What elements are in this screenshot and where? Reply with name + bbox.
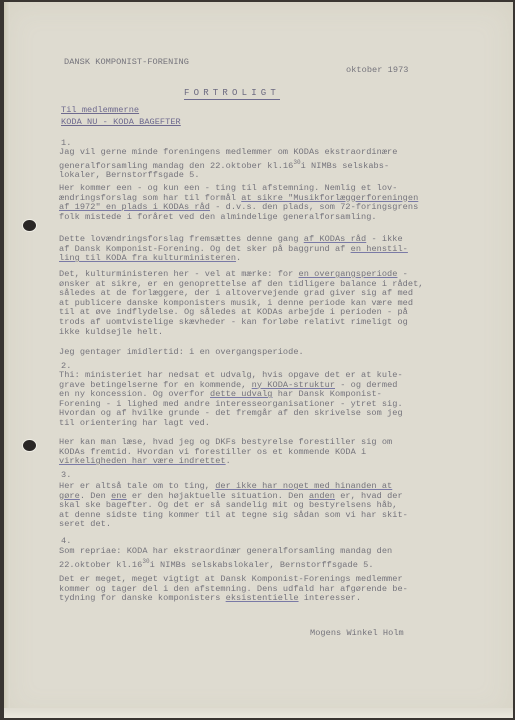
paragraph: Her kan man læse, hvad jeg og DKFs besty… — [59, 438, 392, 467]
section-number: 3. — [61, 471, 71, 481]
paragraph: Her kommer een - og kun een - ting til a… — [59, 184, 418, 222]
document-page: DANSK KOMPONIST-FORENING oktober 1973 FO… — [4, 2, 513, 718]
page-edge — [4, 2, 10, 718]
paragraph: Jeg gentager imidlertid: i en overgangsp… — [59, 348, 304, 358]
page-bottom-edge — [4, 708, 513, 718]
paragraph: Som repriae: KODA har ekstraordinær gene… — [59, 547, 392, 570]
recipient-line: Til medlemmerne — [61, 106, 139, 116]
document-title: FORTROLIGT — [184, 88, 280, 100]
paragraph: Det er meget, meget vigtigt at Dansk Kom… — [59, 575, 408, 604]
date: oktober 1973 — [346, 66, 409, 76]
paragraph: Thi: ministeriet har nedsat et udvalg, h… — [59, 371, 403, 429]
paragraph: Dette lovændringsforslag fremsættes denn… — [59, 235, 408, 264]
signature: Mogens Winkel Holm — [310, 629, 404, 639]
subject-line: KODA NU - KODA BAGEFTER — [61, 118, 181, 128]
paragraph: Det, kulturministeren her - vel at mærke… — [59, 270, 424, 337]
punch-hole-top — [23, 220, 36, 231]
paragraph: Jag vil gerne minde foreningens medlemme… — [59, 148, 397, 181]
paragraph: Her er altså tale om to ting, der ikke h… — [59, 482, 408, 530]
punch-hole-bottom — [23, 440, 36, 451]
letterhead: DANSK KOMPONIST-FORENING — [64, 58, 189, 68]
